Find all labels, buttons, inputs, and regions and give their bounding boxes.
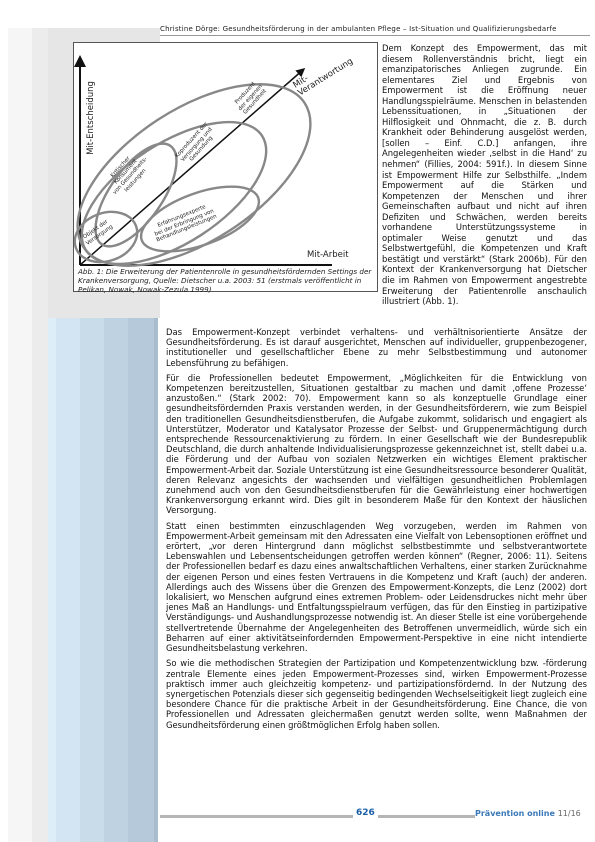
footer-rule	[160, 815, 475, 818]
figure-patient-role: Mit-Entscheidung Mit-Arbeit Mit- Verantw…	[73, 42, 378, 292]
stripe	[8, 28, 32, 842]
running-header: Christine Dörge: Gesundheitsförderung in…	[160, 25, 590, 36]
main-column-text: Das Empowerment-Konzept verbindet verhal…	[166, 327, 587, 735]
paragraph: Das Empowerment-Konzept verbindet verhal…	[166, 327, 587, 368]
paragraph: Für die Professionellen bedeutet Empower…	[166, 373, 587, 516]
axis-label-mit-entscheidung: Mit-Entscheidung	[86, 81, 96, 155]
side-paragraph: Dem Konzept des Empowerment, das mit die…	[382, 43, 587, 307]
axis-label-mit-arbeit: Mit-Arbeit	[307, 250, 349, 260]
journal-name: Prävention online 11/16	[475, 809, 581, 818]
stripe	[32, 28, 48, 842]
paragraph: Statt einen bestimmten einzuschlagenden …	[166, 521, 587, 654]
figure-caption: Abb. 1: Die Erweiterung der Patientenrol…	[78, 267, 373, 294]
side-column-text: Dem Konzept des Empowerment, das mit die…	[382, 43, 587, 312]
paragraph: So wie die methodischen Strategien der P…	[166, 658, 587, 729]
page-number: 626	[353, 808, 378, 818]
